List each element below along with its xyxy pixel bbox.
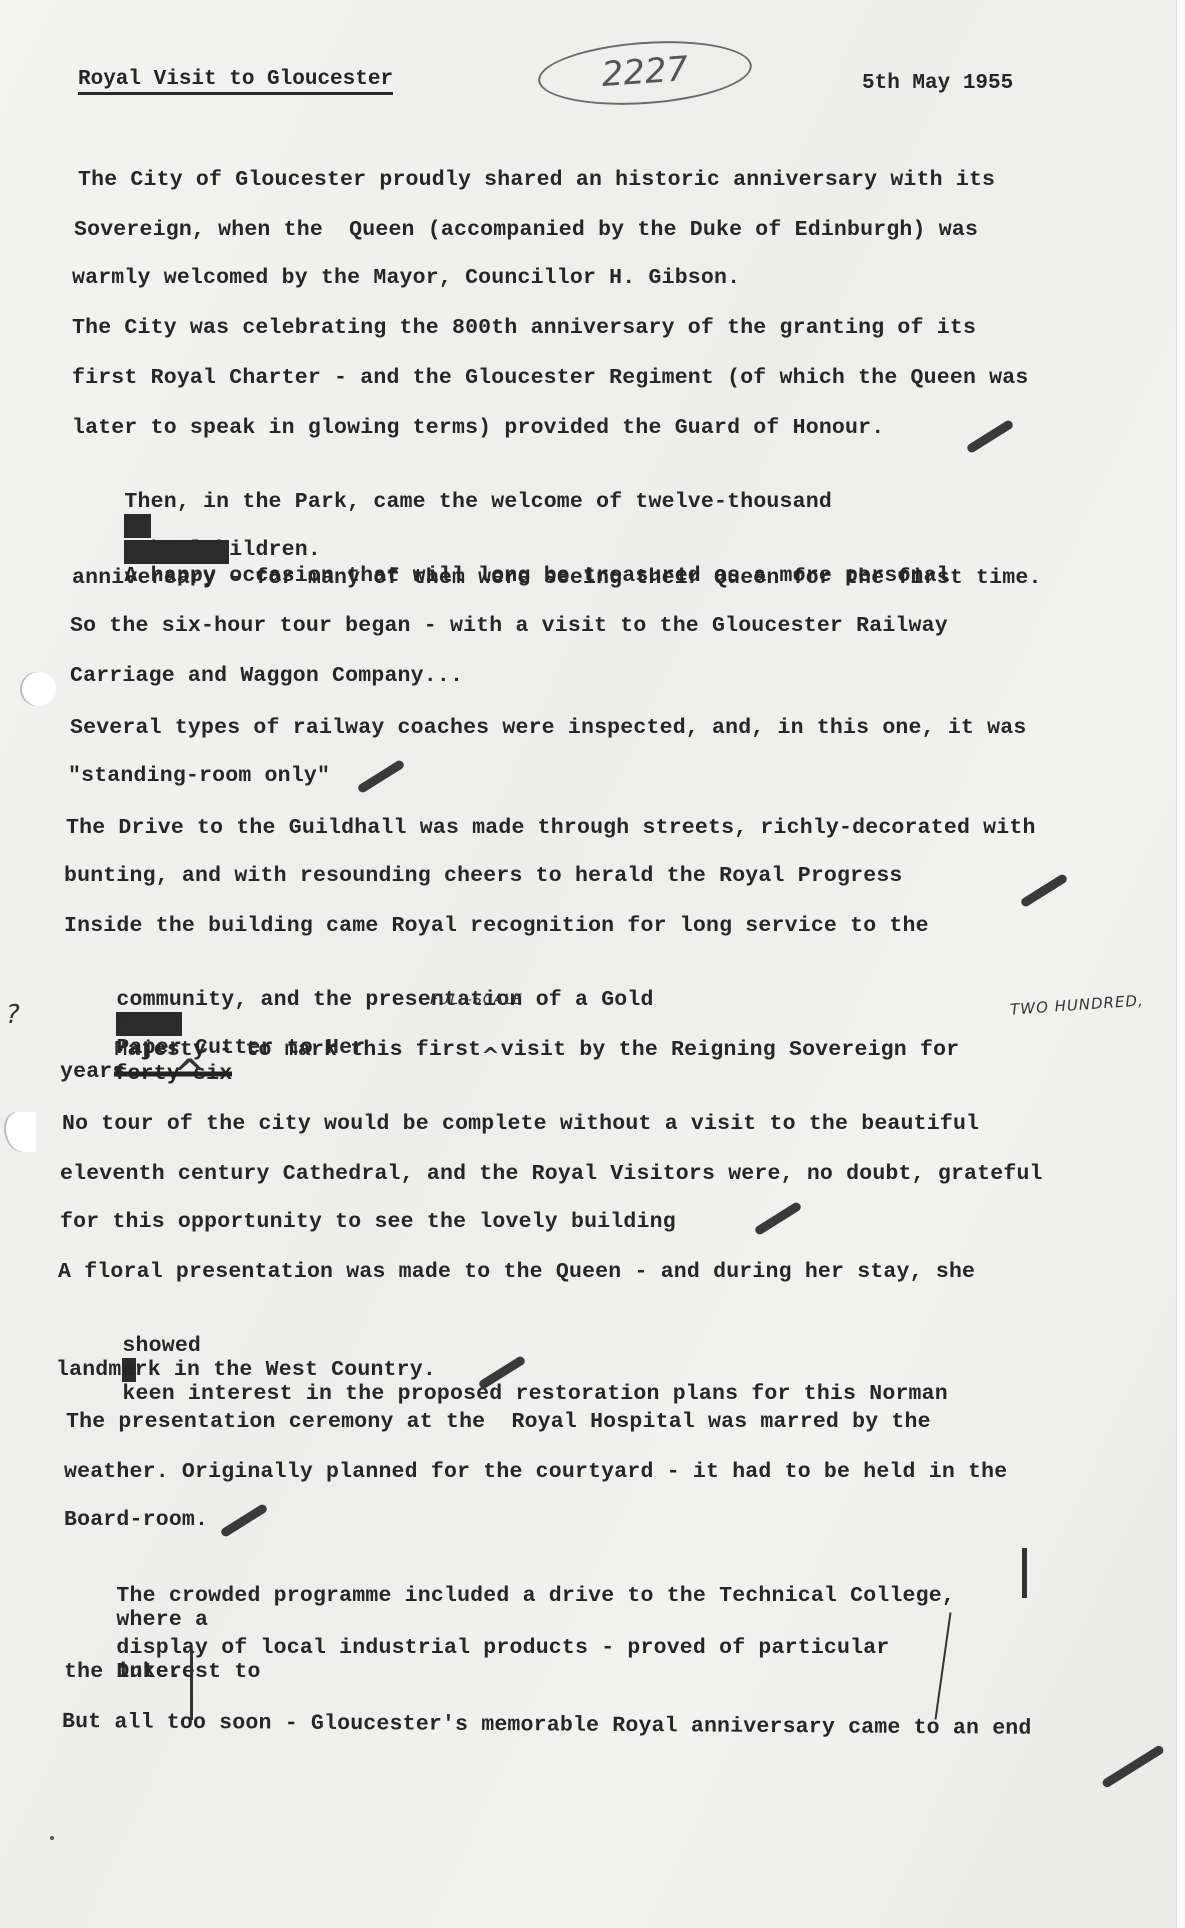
- text-segment: The crowded programme included a drive t…: [116, 1584, 955, 1608]
- handwritten-bracket: [190, 1650, 193, 1720]
- handwritten-bracket: [1022, 1548, 1027, 1598]
- text-line: But all too soon - Gloucester's memorabl…: [62, 1710, 1032, 1741]
- text-segment: keen interest in the proposed restoratio…: [122, 1382, 947, 1406]
- text-line: The presentation ceremony at the Royal H…: [66, 1410, 931, 1434]
- document-title: Royal Visit to Gloucester: [78, 68, 393, 95]
- handwritten-insertion: FULL-SCALE: [430, 992, 523, 1008]
- text-line: first Royal Charter - and the Gloucester…: [72, 366, 1028, 390]
- text-segment: showed: [122, 1334, 201, 1358]
- text-line: eleventh century Cathedral, and the Roya…: [60, 1162, 1043, 1186]
- page-edge: [1176, 0, 1185, 1928]
- text-segment: display of local industrial products - p…: [116, 1636, 889, 1660]
- text-segment: visit by the Reigning Sovereign for: [501, 1038, 960, 1062]
- reference-number-circled: 2227: [536, 35, 754, 112]
- text-line: years.: [60, 1060, 139, 1084]
- struck-out-text: xxxhappy: [124, 540, 229, 564]
- text-line: The City was celebrating the 800th anniv…: [72, 316, 976, 340]
- text-line: Board-room.: [64, 1508, 208, 1532]
- text-segment: Majesty - to mark this first: [114, 1038, 481, 1062]
- text-line: The City of Gloucester proudly shared an…: [78, 168, 995, 192]
- paper-speck: [50, 1836, 54, 1840]
- text-line: for this opportunity to see the lovely b…: [60, 1210, 676, 1234]
- text-line: display of local industrial products - p…: [64, 1612, 889, 1708]
- text-line: Several types of railway coaches were in…: [70, 716, 1026, 740]
- text-segment: Then, in the Park, came the welcome of t…: [124, 490, 832, 514]
- text-line: "standing-room only": [68, 764, 330, 788]
- text-line: bunting, and with resounding cheers to h…: [64, 864, 903, 888]
- pencil-mark: [1020, 873, 1069, 908]
- text-line: A floral presentation was made to the Qu…: [58, 1260, 975, 1284]
- text-line: Carriage and Waggon Company...: [70, 664, 463, 688]
- caret-insertion-mark: ^: [481, 1044, 500, 1069]
- document-page: Royal Visit to Gloucester 2227 5th May 1…: [0, 0, 1185, 1928]
- text-line: warmly welcomed by the Mayor, Councillor…: [72, 266, 740, 290]
- pencil-mark: [966, 419, 1015, 454]
- document-date: 5th May 1955: [862, 72, 1013, 95]
- text-line: later to speak in glowing terms) provide…: [72, 416, 884, 440]
- pencil-mark: [1101, 1744, 1165, 1789]
- text-segment: community, and the presentation of a Gol…: [116, 988, 653, 1012]
- text-line: The Drive to the Guildhall was made thro…: [66, 816, 1036, 840]
- text-line: xxxhappy A happy occasion that will long…: [72, 516, 950, 612]
- text-line: Inside the building came Royal recogniti…: [64, 914, 929, 938]
- text-line: Sovereign, when the Queen (accompanied b…: [74, 218, 978, 242]
- punch-hole: [6, 1112, 36, 1152]
- caret-mark-icon: ^: [172, 1050, 208, 1099]
- text-line: No tour of the city would be complete wi…: [62, 1112, 979, 1136]
- text-line: anniversary - for many of them were seei…: [72, 566, 1042, 590]
- pencil-mark: [220, 1503, 269, 1538]
- text-line: landmark in the West Country.: [56, 1358, 436, 1382]
- margin-annotation: ?: [6, 1000, 21, 1030]
- punch-hole: [22, 672, 56, 706]
- text-line: weather. Originally planned for the cour…: [64, 1460, 1007, 1484]
- text-line: the Duke.: [64, 1660, 182, 1684]
- text-line: So the six-hour tour began - with a visi…: [70, 614, 948, 638]
- pencil-mark: [754, 1201, 803, 1236]
- handwritten-insertion: TWO HUNDRED,: [1010, 991, 1145, 1018]
- pencil-mark: [357, 759, 406, 794]
